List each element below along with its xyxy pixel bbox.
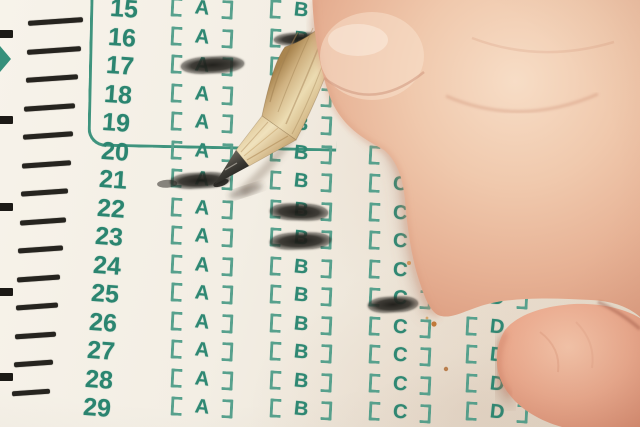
hand (312, 0, 640, 427)
fingernail-highlight (328, 24, 388, 56)
paper-speck (407, 261, 411, 265)
paper-speck (426, 317, 429, 320)
photo-scantron-scene: 15ABCD16ABCD17ABCD18ABCD19ABCD20ABCD21AB… (0, 0, 640, 427)
paper-speck (431, 321, 436, 326)
lower-finger (497, 304, 640, 427)
paper-speck (444, 367, 448, 371)
photo-overlay (0, 0, 640, 427)
